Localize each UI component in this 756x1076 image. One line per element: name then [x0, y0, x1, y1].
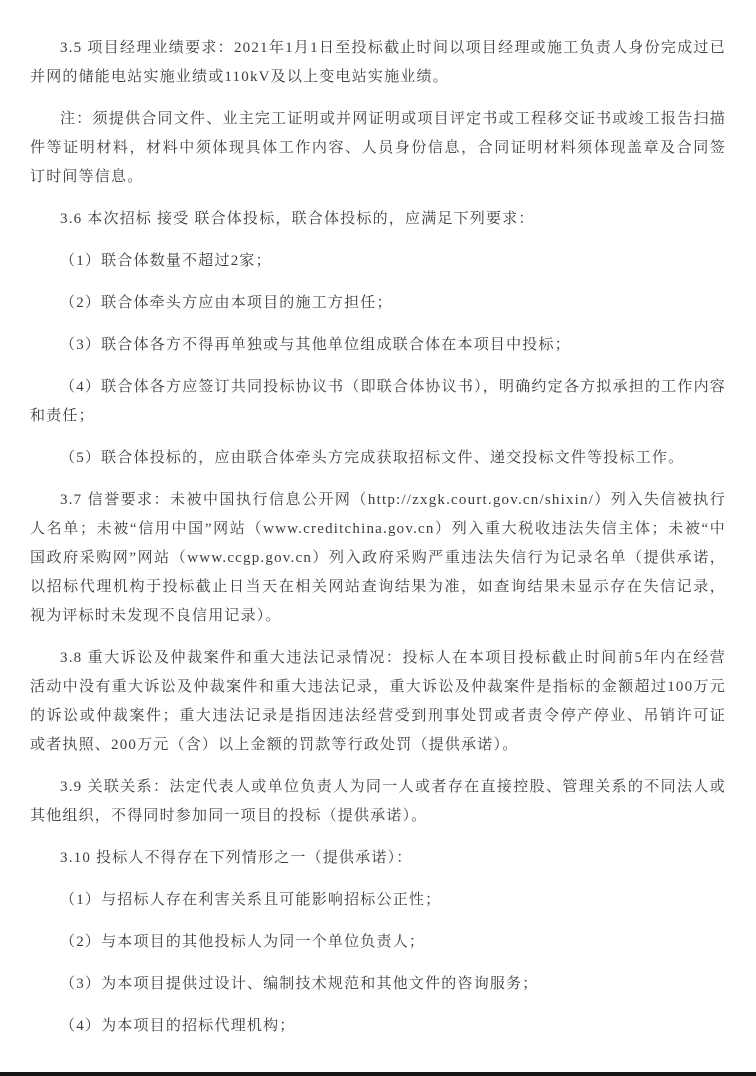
clause-3-6-item-1: （1）联合体数量不超过2家； [30, 247, 726, 276]
clause-3-6-item-3: （3）联合体各方不得再单独或与其他单位组成联合体在本项目中投标； [30, 331, 726, 360]
clause-3-8: 3.8 重大诉讼及仲裁案件和重大违法记录情况：投标人在本项目投标截止时间前5年内… [30, 644, 726, 760]
document-body: 3.5 项目经理业绩要求：2021年1月1日至投标截止时间以项目经理或施工负责人… [30, 34, 726, 1054]
clause-3-5-note: 注：须提供合同文件、业主完工证明或并网证明或项目评定书或工程移交证书或竣工报告扫… [30, 105, 726, 192]
clause-3-10-item-4: （4）为本项目的招标代理机构； [30, 1012, 726, 1041]
clause-3-10-item-1: （1）与招标人存在利害关系且可能影响招标公正性； [30, 886, 726, 915]
clause-3-6-item-4: （4）联合体各方应签订共同投标协议书（即联合体协议书），明确约定各方拟承担的工作… [30, 373, 726, 431]
clause-3-10-item-2: （2）与本项目的其他投标人为同一个单位负责人； [30, 928, 726, 957]
clause-3-7: 3.7 信誉要求：未被中国执行信息公开网（http://zxgk.court.g… [30, 486, 726, 631]
clause-3-10-item-3: （3）为本项目提供过设计、编制技术规范和其他文件的咨询服务； [30, 970, 726, 999]
clause-3-10: 3.10 投标人不得存在下列情形之一（提供承诺）： [30, 844, 726, 873]
page-bottom-border [0, 1072, 756, 1076]
clause-3-6: 3.6 本次招标 接受 联合体投标，联合体投标的，应满足下列要求： [30, 205, 726, 234]
document-page: 3.5 项目经理业绩要求：2021年1月1日至投标截止时间以项目经理或施工负责人… [0, 0, 756, 1076]
clause-3-6-item-2: （2）联合体牵头方应由本项目的施工方担任； [30, 289, 726, 318]
clause-3-5: 3.5 项目经理业绩要求：2021年1月1日至投标截止时间以项目经理或施工负责人… [30, 34, 726, 92]
clause-3-6-item-5: （5）联合体投标的，应由联合体牵头方完成获取招标文件、递交投标文件等投标工作。 [30, 444, 726, 473]
clause-3-9: 3.9 关联关系：法定代表人或单位负责人为同一人或者存在直接控股、管理关系的不同… [30, 773, 726, 831]
